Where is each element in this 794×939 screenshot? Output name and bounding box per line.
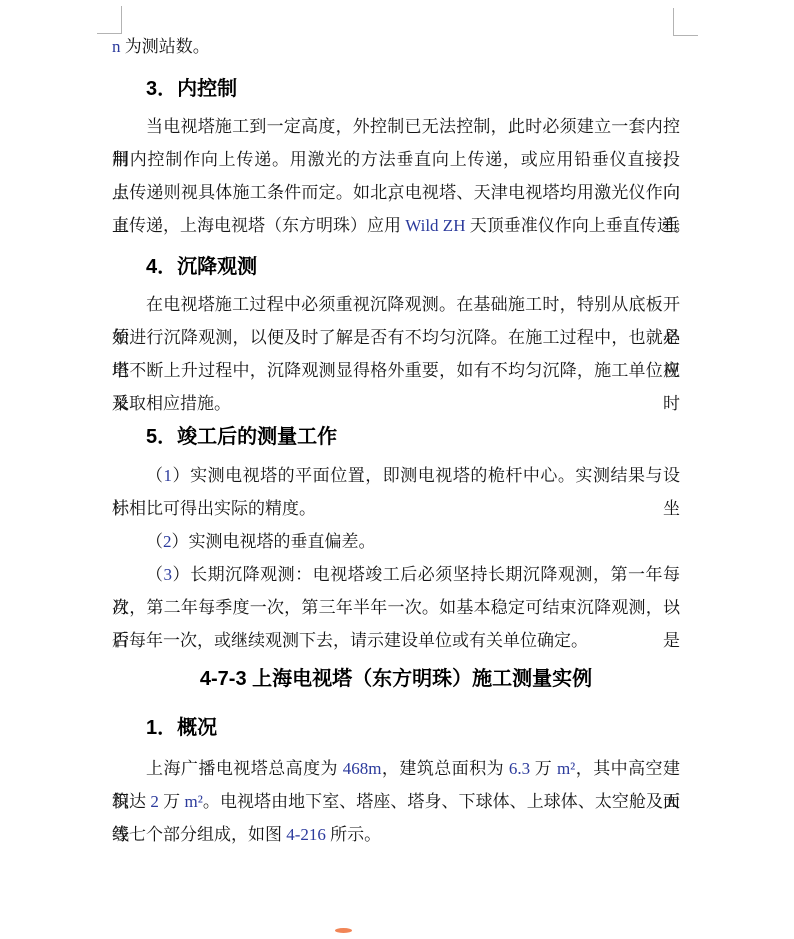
- document-page: n 为测站数。 3．内控制 当电视塔施工到一定高度，外控制已无法控制，此时必须建…: [0, 0, 794, 939]
- watermark-fragment: [335, 928, 352, 933]
- section-heading-4-settlement-observation: 4．沉降观测: [146, 251, 257, 284]
- chapter-title: 4-7-3 上海电视塔（东方明珠）施工测量实例: [112, 663, 680, 696]
- text-line: 直传递，上海电视塔（东方明珠）应用 Wild ZH 天顶垂准仪作向上垂直传递。: [112, 209, 680, 242]
- text-line: 用内控制作向上传递。用激光的方法垂直向上传递，或应用铅垂仪直接投点，向: [112, 143, 680, 176]
- section-heading-1-overview: 1．概况: [146, 712, 217, 745]
- text-line: 须进行沉降观测，以便及时了解是否有不均匀沉降。在施工过程中，也就是电视: [112, 321, 680, 354]
- text-line: 次，第二年每季度一次，第三年半年一次。如基本稳定可结束沉降观测，以后是: [112, 591, 680, 624]
- text-line: 上传递则视具体施工条件而定。如北京电视塔、天津电视塔均用激光仪作向上垂: [112, 176, 680, 209]
- text-line: 在电视塔施工过程中必须重视沉降观测。在基础施工时，特别从底板开始必: [112, 288, 680, 321]
- section-heading-3-internal-control: 3．内控制: [146, 73, 237, 106]
- text-line: 当电视塔施工到一定高度，外控制已无法控制，此时必须建立一套内控制，: [112, 110, 680, 143]
- text-line: 积达 2 万 m²。电视塔由地下室、塔座、塔身、下球体、上球体、太空舱及天线: [112, 785, 680, 818]
- text-line: （3）长期沉降观测：电视塔竣工后必须坚持长期沉降观测，第一年每月一: [112, 558, 680, 591]
- text-line: （2）实测电视塔的垂直偏差。: [112, 525, 680, 558]
- text-line: 否每年一次，或继续观测下去，请示建设单位或有关单位确定。: [112, 624, 680, 657]
- text-line: 采取相应措施。: [112, 387, 680, 420]
- text-line: 标相比可得出实际的精度。: [112, 492, 680, 525]
- section-heading-5-post-completion-survey: 5．竣工后的测量工作: [146, 421, 337, 454]
- text-line: n 为测站数。: [112, 30, 680, 63]
- text-line: 上海广播电视塔总高度为 468m，建筑总面积为 6.3 万 m²，其中高空建筑面: [112, 752, 680, 785]
- text-line: （1）实测电视塔的平面位置，即测电视塔的桅杆中心。实测结果与设计坐: [112, 459, 680, 492]
- text-line: 塔不断上升过程中，沉降观测显得格外重要，如有不均匀沉降，施工单位应及时: [112, 354, 680, 387]
- text-line: 等七个部分组成，如图 4-216 所示。: [112, 818, 680, 851]
